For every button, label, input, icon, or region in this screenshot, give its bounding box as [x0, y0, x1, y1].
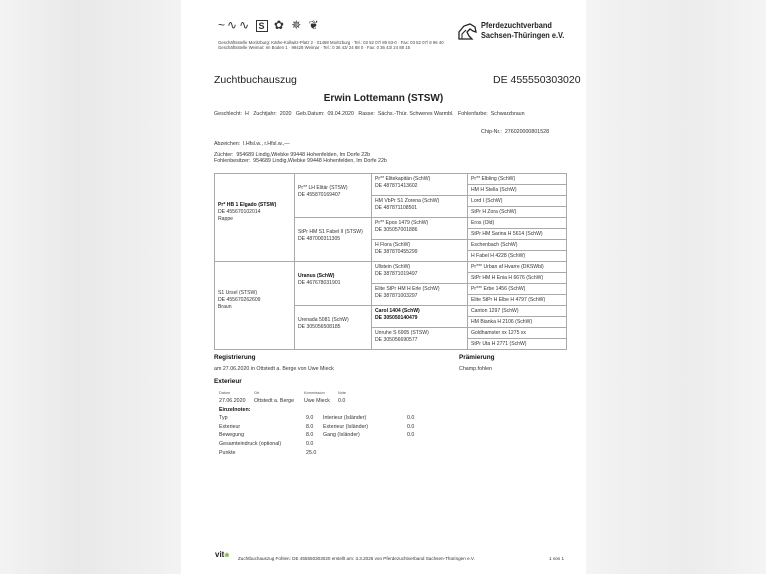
registrierung-heading: Registrierung [214, 354, 256, 361]
ancestor-text: Elite StPr HM H Erle (SchW) [375, 286, 440, 292]
pedigree-gen2: Urenada 5081 (SchW)DE 305056508185 [294, 305, 372, 350]
ancestor-text: Carol 1404 (SchW) [375, 308, 420, 314]
ancestor-text: Eros (Old) [471, 220, 494, 226]
score-label: Gesamteindruck (optional) [219, 441, 281, 447]
ext-kommission: Uwe Mieck [304, 398, 330, 404]
org-name-line-2: Sachsen-Thüringen e.V. [481, 30, 564, 40]
vit-logo: vit❀ [215, 550, 229, 559]
detail-value: Sächs.-Thür. Schweres Warmbl. [378, 111, 454, 117]
detail-label: Geb.Datum: [296, 111, 325, 117]
score-value: 0.0 [306, 441, 313, 447]
pedigree-gen3: HM VbPr S1 Zorena (SchW)DE 487871108501 [371, 195, 468, 218]
details-line: Geschlecht: H Zuchtjahr: 2020 Geb.Datum:… [214, 111, 525, 117]
ext-datum: 27.06.2020 [219, 398, 246, 404]
ancestor-text: Lord I (SchW) [471, 198, 502, 204]
ancestor-text: Pr** LH Elitär (STSW) [298, 185, 348, 191]
ancestor-text: DE 487000311305 [298, 236, 340, 242]
ancestor-text: Unruhe S 6905 (STSW) [375, 330, 429, 336]
detail-label: Geschlecht: [214, 111, 242, 117]
einzelnoten-heading: Einzelnoten: [219, 407, 251, 413]
registrierung-text: am 27.06.2020 in Ottstedt a. Berge von U… [214, 366, 334, 372]
ancestor-text: Ullstein (SchW) [375, 264, 410, 270]
detail-label: Zuchtjahr: [253, 111, 277, 117]
ancestor-text: Uranus (SchW) [298, 273, 335, 279]
chip-label: Chip-Nr.: [481, 129, 502, 135]
detail-label: Rasse: [358, 111, 375, 117]
ancestor-text: StPr HM S1 Fabel II (STSW) [298, 229, 363, 235]
ext-ort: Ottstedt a. Berge [254, 398, 294, 404]
score-label: Exterieur (Isländer) [323, 424, 368, 430]
score-value: 9.0 [306, 415, 313, 421]
pedigree-dam: S1 Ursel (STSW)DE 455670262609Braun [214, 261, 295, 350]
ancestor-text: Braun [218, 304, 232, 310]
ancestor-text: DE 467678031901 [298, 280, 341, 286]
ancestor-text: DE 455870169407 [298, 192, 341, 198]
pedigree-gen4: StPr Uta H 2771 (SchW) [467, 338, 567, 350]
score-label: Punkte [219, 450, 236, 456]
ancestor-text: StPr H Zora (SchW) [471, 209, 516, 215]
detail-value: 09.04.2020 [327, 111, 354, 117]
footer-text: Zuchtbuchauszug Fohlen: DE 455550303020 … [238, 556, 475, 561]
praemierung-text: Champ.fohlen [459, 366, 492, 372]
horse-head-logo-icon [458, 23, 477, 40]
vit-brand: vit [215, 550, 224, 559]
ancestor-text: StPr HM Sarina H 5614 (SchW) [471, 231, 543, 237]
pedigree-table: Pr* HB 1 Elgado (STSW)DE 455670102014Rap… [214, 173, 567, 349]
leaf-brand-icon: ❦ [309, 18, 321, 32]
ancestor-text: HM H Stella (SchW) [471, 187, 517, 193]
ancestor-text: DE 305056690577 [375, 337, 418, 343]
pedigree-gen3: H Flora (SchW)DE 387870455299 [371, 239, 468, 262]
ancestor-text: Goldhamster xx 1275 xx [471, 330, 526, 336]
score-value: 25.0 [306, 450, 316, 456]
pedigree-gen3: Ullstein (SchW)DE 387871019497 [371, 261, 468, 284]
ancestor-text: Eschenbach (SchW) [471, 242, 517, 248]
abzeichen: Abzeichen: l.Hfsl.w., r.Hfsl.w.,— [214, 141, 290, 147]
score-label: Bewegung [219, 432, 244, 438]
document-page: ~∿∿ S ✿ ✵ ❦ Geschäftsstelle Moritzburg: … [181, 0, 586, 574]
ancestor-text: DE 487871108501 [375, 205, 417, 211]
ancestor-text: DE 487871413602 [375, 183, 418, 189]
ancestor-text: Canton 1297 (SchW) [471, 308, 519, 314]
crest-icon: ✿ [274, 18, 286, 32]
chip-number: Chip-Nr.: 276020000801528 [481, 129, 549, 135]
org-name-line-1: Pferdezuchtverband [481, 20, 564, 30]
ancestor-text: DE 305050140479 [375, 315, 418, 321]
vit-leaf-icon: ❀ [224, 553, 229, 559]
ancestor-text: HM Bianka H 2106 (SchW) [471, 319, 532, 325]
ancestor-text: Pr*** Erbe 1456 (SchW) [471, 286, 525, 292]
detail-value: 2020 [280, 111, 292, 117]
pedigree-gen3: Unruhe S 6905 (STSW)DE 305056690577 [371, 327, 468, 350]
ancestor-text: DE 387870455299 [375, 249, 418, 255]
ancestor-text: StPr HM H Enia H 6676 (SchW) [471, 275, 543, 281]
ancestor-text: StPr Uta H 2771 (SchW) [471, 341, 526, 347]
ancestor-text: Rappe [218, 216, 233, 222]
pedigree-gen3: Pr** Elitekapitän (SchW)DE 487871413602 [371, 173, 468, 196]
score-label: Exterieur [219, 424, 240, 430]
col-kommission: Kommission [304, 391, 325, 395]
star-brand-icon: ✵ [291, 18, 303, 32]
abzeichen-label: Abzeichen: [214, 141, 240, 147]
col-datum: Datum [219, 391, 230, 395]
detail-value: H [245, 111, 249, 117]
ancestor-text: DE 387871003297 [375, 293, 418, 299]
ancestor-text: Pr*** Urban af Hvarre (DKSWbl) [471, 264, 544, 270]
pedigree-gen2: Uranus (SchW)DE 467678031901 [294, 261, 372, 306]
score-value: 8.0 [306, 424, 313, 430]
ancestor-text: H Flora (SchW) [375, 242, 410, 248]
besitzer-label: Fohlenbesitzer: [214, 158, 250, 164]
address-line-2: Geschäftsstelle Weimar: Im Boden 1 · 994… [218, 45, 410, 51]
ext-note: 0.0 [338, 398, 345, 404]
ancestor-text: S1 Ursel (STSW) [218, 290, 257, 296]
ancestor-text: DE 305057001886 [375, 227, 418, 233]
document-id: DE 455550303020 [493, 74, 581, 86]
ancestor-text: DE 305056508185 [298, 324, 341, 330]
score-label: Gang (Isländer) [323, 432, 360, 438]
org-name: Pferdezuchtverband Sachsen-Thüringen e.V… [481, 20, 564, 40]
pedigree-sire: Pr* HB 1 Elgado (STSW)DE 455670102014Rap… [214, 173, 295, 262]
pedigree-gen3: Elite StPr HM H Erle (SchW)DE 3878710032… [371, 283, 468, 306]
s-brand-icon: S [256, 20, 268, 32]
score-value: 8.0 [306, 432, 313, 438]
document-title: Zuchtbuchauszug [214, 74, 297, 86]
praemierung-heading: Prämierung [459, 354, 495, 361]
ancestor-text: Pr** Epos 1479 (SchW) [375, 220, 428, 226]
detail-value: Schwarzbraun [491, 111, 525, 117]
pedigree-gen2: StPr HM S1 Fabel II (STSW)DE 48700031130… [294, 217, 372, 262]
horse-silhouette-icon: ~∿∿ [218, 18, 251, 32]
horse-name: Erwin Lottemann (STSW) [181, 93, 586, 104]
ancestor-text: Pr** Elitekapitän (SchW) [375, 176, 430, 182]
chip-value: 276020000801528 [505, 129, 549, 135]
col-note: Note [338, 391, 346, 395]
besitzer-value: 954689 Lindig,Wiebke 99448 Hohenfelden, … [253, 158, 387, 164]
col-ort: Ort [254, 391, 259, 395]
pedigree-gen3: Pr** Epos 1479 (SchW)DE 305057001886 [371, 217, 468, 240]
besitzer: Fohlenbesitzer: 954689 Lindig,Wiebke 994… [214, 158, 387, 164]
pedigree-gen3: Carol 1404 (SchW)DE 305050140479 [371, 305, 468, 328]
ancestor-text: Elite StPr H Elbe H 4797 (SchW) [471, 297, 545, 303]
detail-label: Fohlenfarbe: [458, 111, 488, 117]
ancestor-text: H Fabel H 4228 (SchW) [471, 253, 525, 259]
exterieur-heading: Exterieur [214, 378, 242, 385]
ancestor-text: Urenada 5081 (SchW) [298, 317, 349, 323]
ancestor-text: Pr* HB 1 Elgado (STSW) [218, 202, 276, 208]
pedigree-gen2: Pr** LH Elitär (STSW)DE 455870169407 [294, 173, 372, 218]
ancestor-text: DE 387871019497 [375, 271, 418, 277]
page-number: 1 von 1 [549, 556, 564, 561]
ancestor-text: HM VbPr S1 Zorena (SchW) [375, 198, 439, 204]
score-label: Typ [219, 415, 228, 421]
ancestor-text: Pr** Elbling (SchW) [471, 176, 515, 182]
brand-logos: ~∿∿ S ✿ ✵ ❦ [218, 18, 321, 32]
score-value: 0.0 [407, 432, 414, 438]
ancestor-text: DE 455670262609 [218, 297, 261, 303]
score-label: Interieur (Isländer) [323, 415, 366, 421]
abzeichen-value: l.Hfsl.w., r.Hfsl.w.,— [243, 141, 290, 147]
ancestor-text: DE 455670102014 [218, 209, 261, 215]
score-value: 0.0 [407, 415, 414, 421]
score-value: 0.0 [407, 424, 414, 430]
